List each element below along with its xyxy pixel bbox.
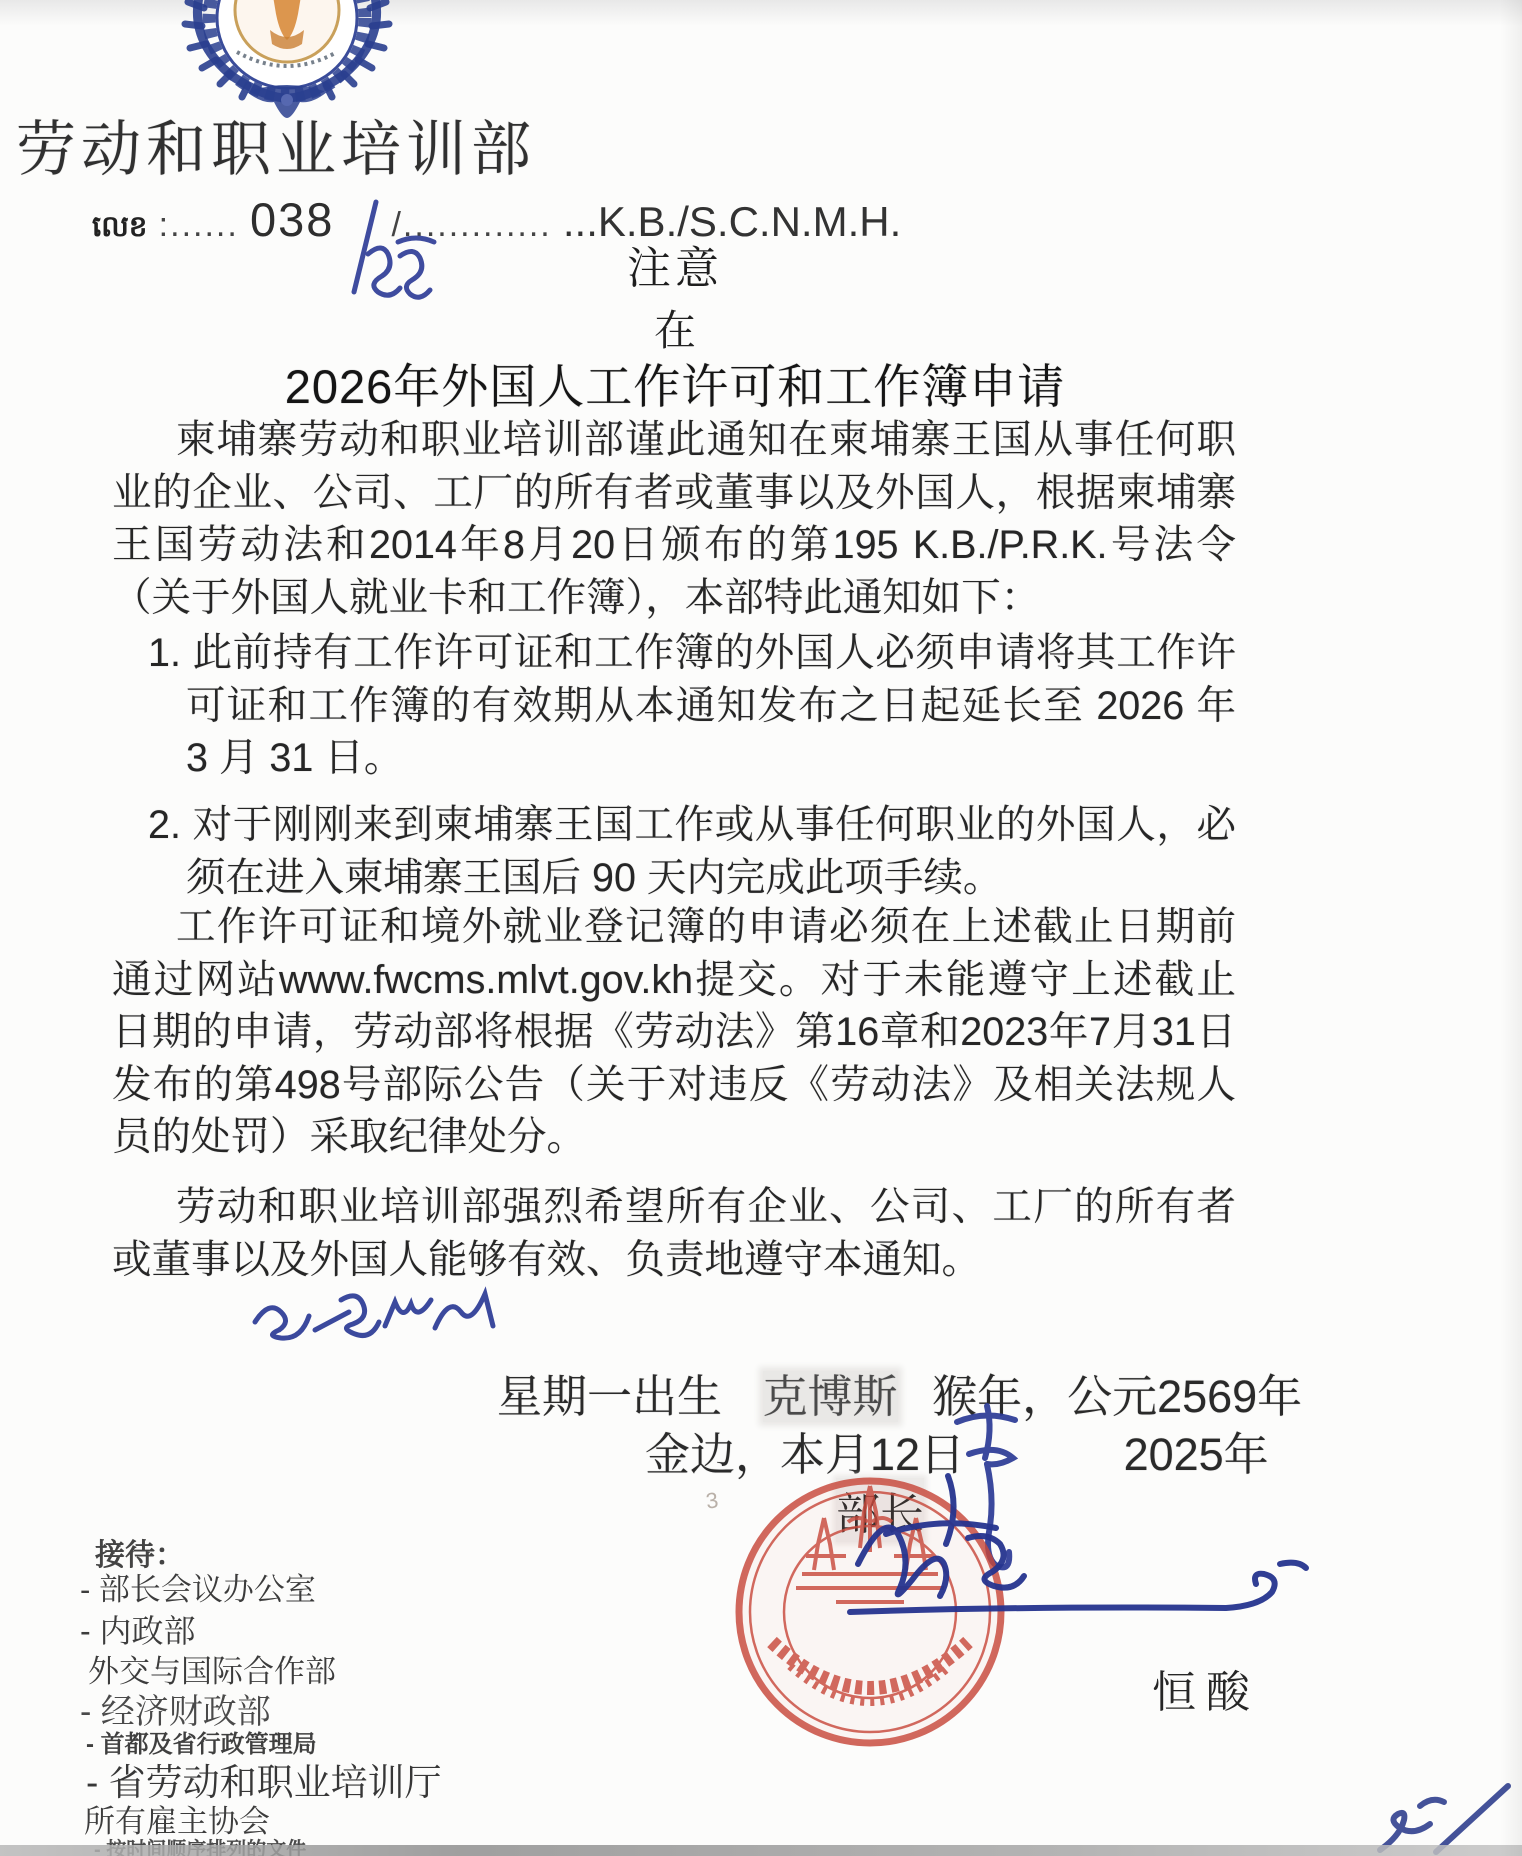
item-2-number: 2. [148, 803, 181, 847]
date-khmer-month: 克博斯 [763, 1371, 898, 1422]
item-1-text: 此前持有工作许可证和工作簿的外国人必须申请将其工作许可证和工作簿的有效期从本通知… [186, 631, 1236, 780]
ministry-name: 劳动和职业培训部 [16, 102, 536, 188]
notice-heading: 注意 [0, 232, 1350, 296]
list-item-2: 2. 对于刚刚来到柬埔寨王国工作或从事任何职业的外国人，必须在进入柬埔寨王国后 … [148, 799, 1236, 904]
minister-name: 恒酸 [1152, 1656, 1260, 1720]
photo-bottom-edge [0, 1845, 1522, 1856]
minister-signature [828, 1468, 1348, 1648]
paragraph-closing: 劳动和职业培训部强烈希望所有企业、公司、工厂的所有者或董事以及外国人能够有效、负… [112, 1181, 1236, 1286]
item-1-number: 1. [148, 631, 181, 675]
date-line-1: 星期一出生 克博斯 猴年，公元2569年 [497, 1360, 1302, 1425]
paragraph-intro: 柬埔寨劳动和职业培训部谨此通知在柬埔寨王国从事任何职业的企业、公司、工厂的所有者… [112, 414, 1236, 624]
notice-preposition: 在 [0, 298, 1350, 358]
document-page: 劳动和职业培训部 លេខ :...... 038 /............. … [0, 0, 1522, 1856]
photo-right-shading [1500, 0, 1522, 1856]
distribution-item: - 部长会议办公室 [80, 1564, 316, 1609]
item-2-text: 对于刚刚来到柬埔寨王国工作或从事任何职业的外国人，必须在进入柬埔寨王国后 90 … [186, 803, 1236, 900]
paragraph-website: 工作许可证和境外就业登记簿的申请必须在上述截止日期前通过网站www.fwcms.… [112, 901, 1236, 1164]
list-item-1: 1. 此前持有工作许可证和工作簿的外国人必须申请将其工作许可证和工作簿的有效期从… [148, 627, 1236, 785]
initials-handwriting [245, 1282, 515, 1346]
date-weekday: 星期一出生 [497, 1371, 722, 1422]
document-title: 2026年外国人工作许可和工作簿申请 [0, 350, 1350, 417]
